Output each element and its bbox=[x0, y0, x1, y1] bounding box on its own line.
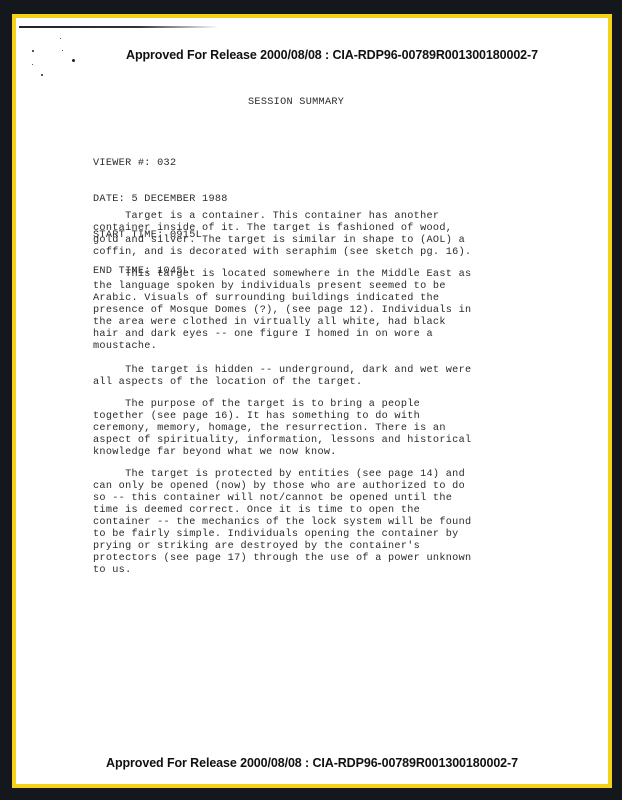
paragraph-line: Target is a container. This container ha… bbox=[93, 211, 533, 223]
paragraph-line: knowledge far beyond what we now know. bbox=[93, 447, 533, 459]
document-title: SESSION SUMMARY bbox=[248, 97, 344, 109]
paragraph-line: can only be opened (now) by those who ar… bbox=[93, 481, 533, 493]
paragraph-line: so -- this container will not/cannot be … bbox=[93, 493, 533, 505]
paragraph-line: ceremony, memory, homage, the resurrecti… bbox=[93, 423, 533, 435]
paragraph-line: container inside of it. The target is fa… bbox=[93, 223, 533, 235]
paragraph-line: This target is located somewhere in the … bbox=[93, 269, 533, 281]
scan-speck bbox=[41, 74, 43, 76]
paragraph-line: to be fairly simple. Individuals opening… bbox=[93, 529, 533, 541]
scan-speck bbox=[32, 64, 33, 65]
viewer-number: VIEWER #: 032 bbox=[93, 158, 228, 170]
document-frame: Approved For Release 2000/08/08 : CIA-RD… bbox=[12, 14, 612, 788]
paragraph-line: together (see page 16). It has something… bbox=[93, 411, 533, 423]
paragraph-line: Arabic. Visuals of surrounding buildings… bbox=[93, 293, 533, 305]
paragraph-line: The target is hidden -- underground, dar… bbox=[93, 365, 533, 377]
paragraph-line: presence of Mosque Domes (?), (see page … bbox=[93, 305, 533, 317]
paragraph-line: moustache. bbox=[93, 341, 533, 353]
paragraph-line: all aspects of the location of the targe… bbox=[93, 377, 533, 389]
paragraph-line: coffin, and is decorated with seraphim (… bbox=[93, 247, 533, 259]
paragraph-line: protectors (see page 17) through the use… bbox=[93, 553, 533, 565]
paragraph-line: hair and dark eyes -- one figure I homed… bbox=[93, 329, 533, 341]
scan-speck bbox=[60, 38, 61, 39]
paragraph-line: time is deemed correct. Once it is time … bbox=[93, 505, 533, 517]
paragraph-line: container -- the mechanics of the lock s… bbox=[93, 517, 533, 529]
paragraph-line: the area were clothed in virtually all w… bbox=[93, 317, 533, 329]
paragraph: The target is hidden -- underground, dar… bbox=[93, 365, 533, 389]
paragraph-line: gold and silver. The target is similar i… bbox=[93, 235, 533, 247]
paragraph-line: prying or striking are destroyed by the … bbox=[93, 541, 533, 553]
release-footer: Approved For Release 2000/08/08 : CIA-RD… bbox=[16, 756, 608, 770]
paragraph-line: to us. bbox=[93, 565, 533, 577]
paragraph-line: the language spoken by individuals prese… bbox=[93, 281, 533, 293]
paragraph-line: aspect of spirituality, information, les… bbox=[93, 435, 533, 447]
release-header: Approved For Release 2000/08/08 : CIA-RD… bbox=[16, 48, 608, 62]
paragraph-line: The target is protected by entities (see… bbox=[93, 469, 533, 481]
paragraph: The purpose of the target is to bring a … bbox=[93, 399, 533, 459]
paragraph: Target is a container. This container ha… bbox=[93, 211, 533, 259]
paragraph: This target is located somewhere in the … bbox=[93, 269, 533, 353]
paragraph: The target is protected by entities (see… bbox=[93, 469, 533, 577]
session-date: DATE: 5 DECEMBER 1988 bbox=[93, 194, 228, 206]
paragraph-line: The purpose of the target is to bring a … bbox=[93, 399, 533, 411]
scan-artifact-line bbox=[19, 26, 219, 28]
